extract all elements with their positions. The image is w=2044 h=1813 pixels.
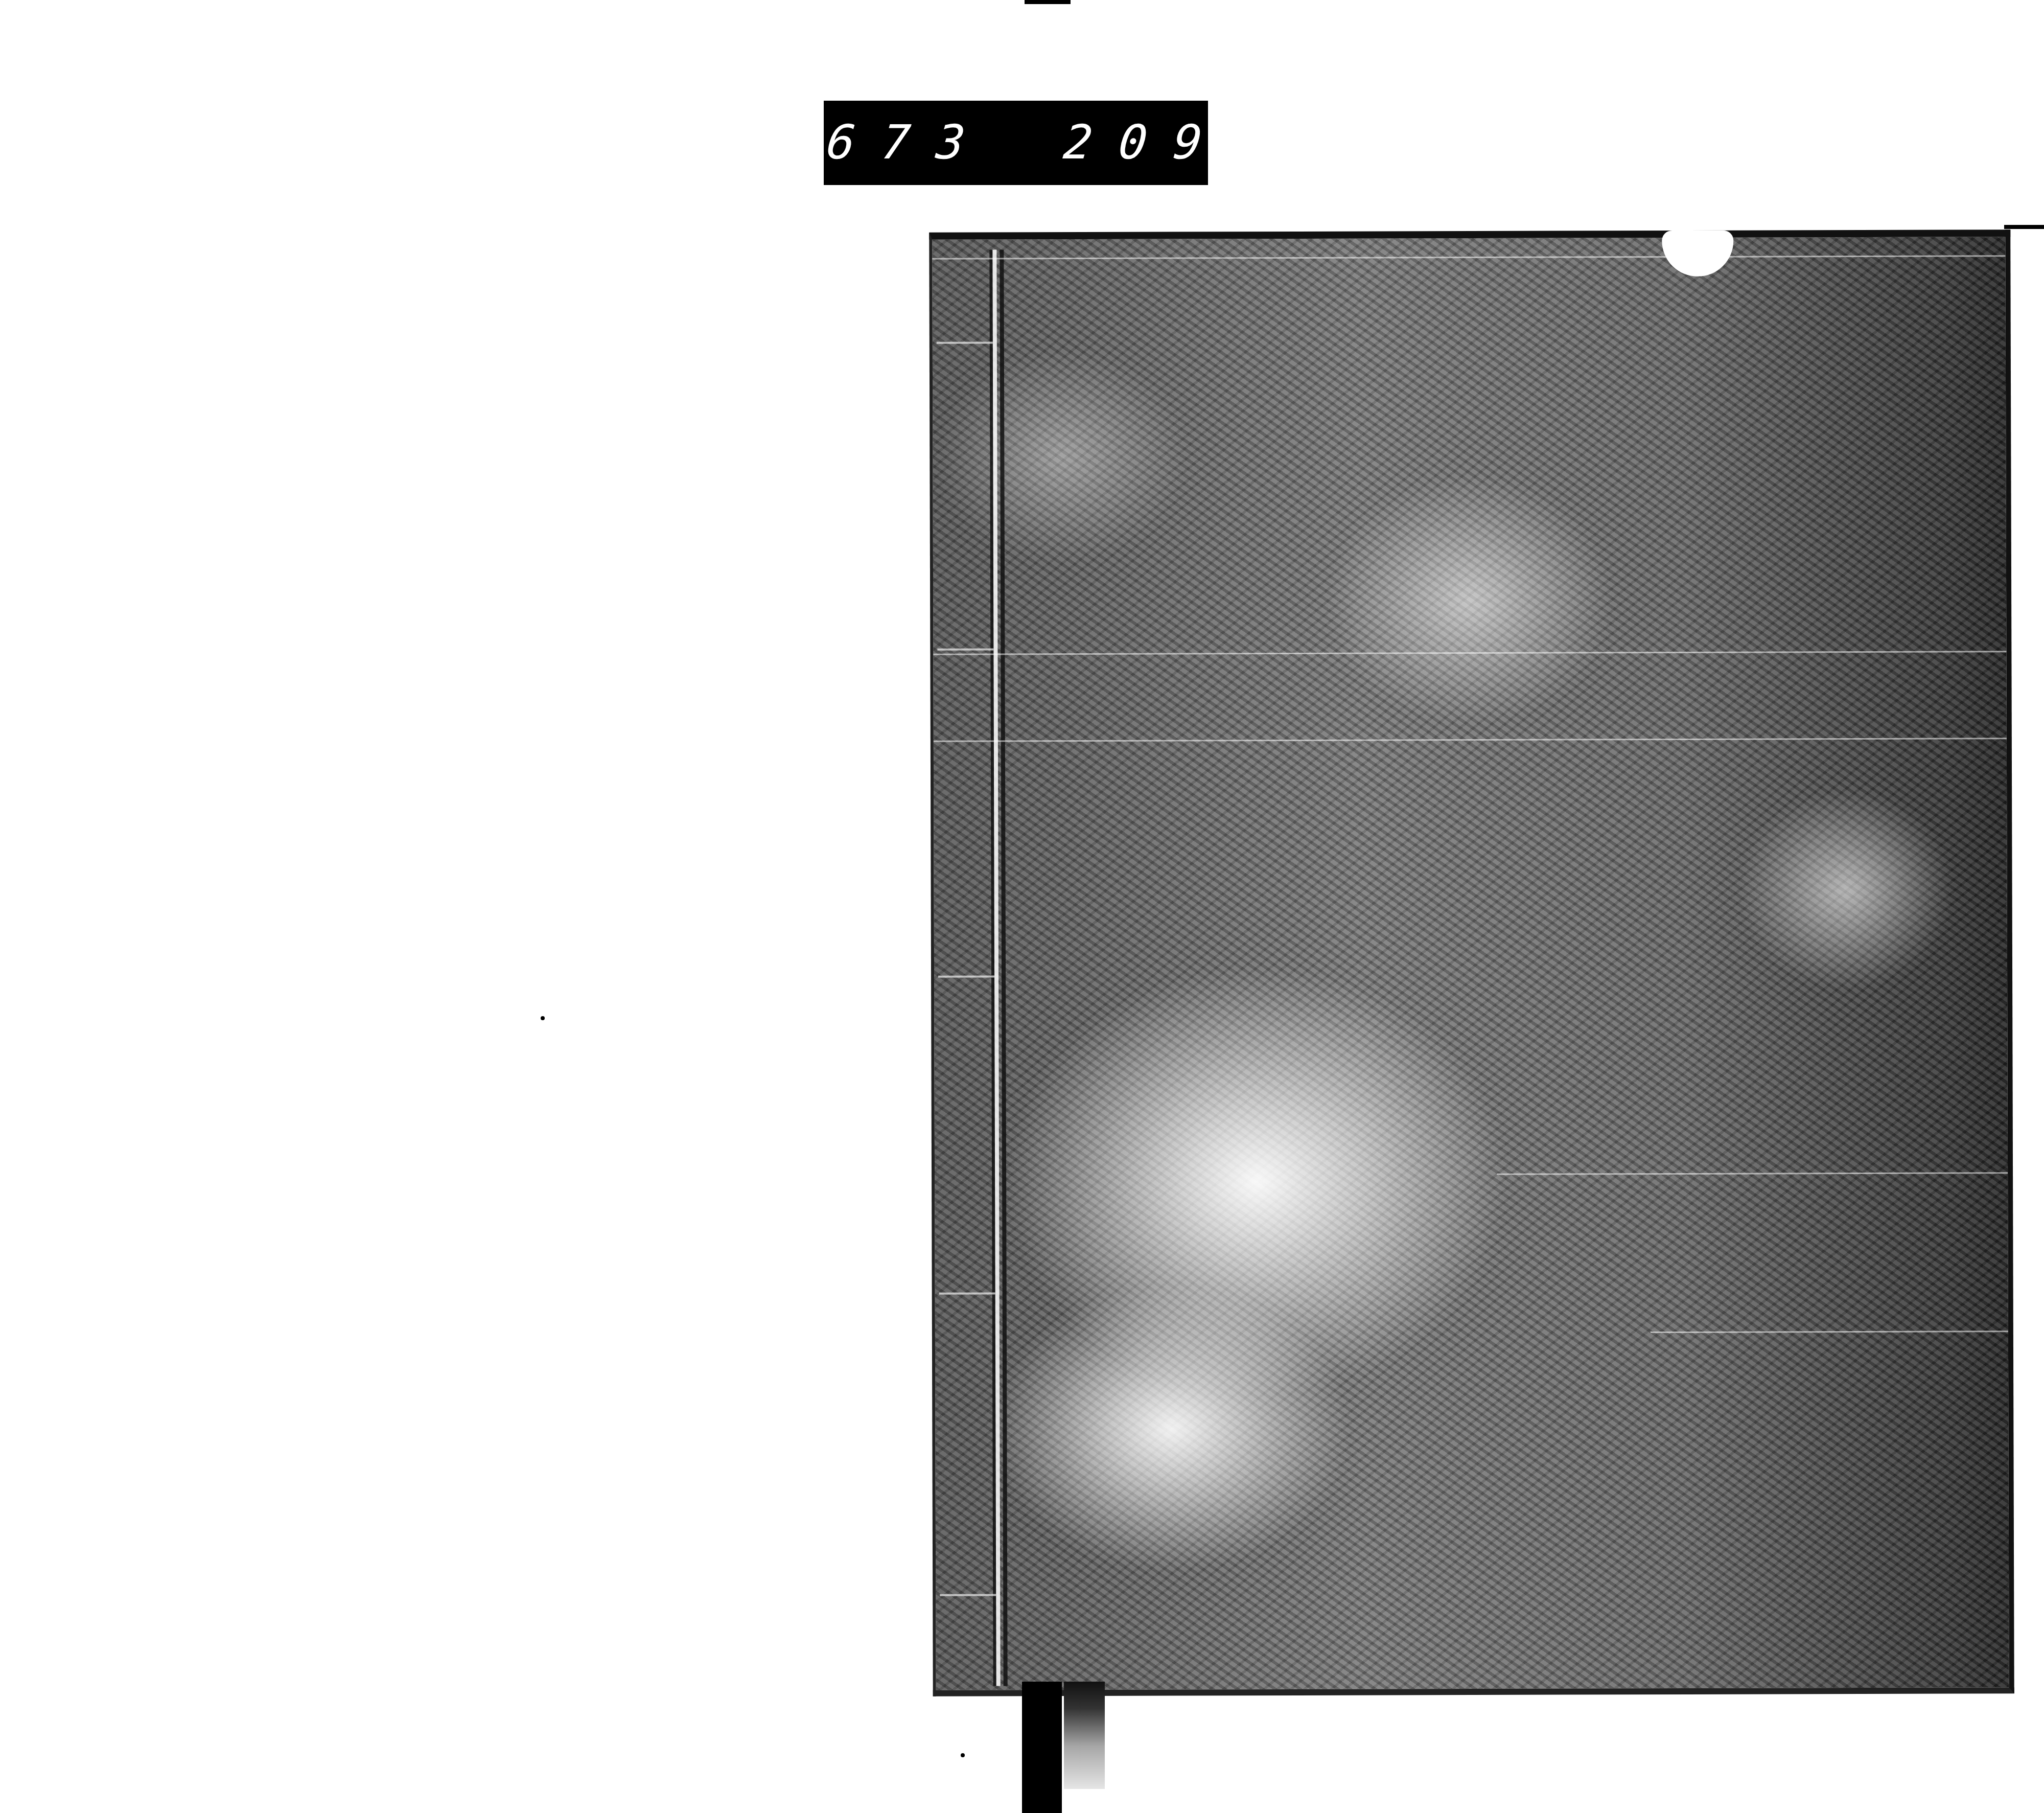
- binding-stitch: [939, 1292, 995, 1294]
- scan-line: [933, 651, 2006, 655]
- bookmark-ribbon-dark: [1022, 1682, 1062, 1813]
- cover-worn-patch: [1662, 231, 1733, 277]
- accession-label: 673 209.: [824, 101, 1208, 185]
- scan-speck: [961, 1753, 965, 1757]
- accession-label-text: 673 209.: [819, 101, 1212, 185]
- binding-stitch: [938, 975, 994, 977]
- accession-number-left: 673: [824, 115, 994, 170]
- bookmark-ribbon-light: [1064, 1682, 1105, 1789]
- binding-stitch: [937, 648, 993, 650]
- scan-line: [932, 255, 2005, 259]
- scan-line: [1497, 1172, 2008, 1175]
- ruler-edge: [2004, 225, 2044, 229]
- book-cover: [929, 230, 2014, 1696]
- top-edge-fragment: [1025, 0, 1071, 4]
- scan-line: [934, 738, 2007, 742]
- accession-number-right: 209.: [1061, 115, 1286, 170]
- scan-line: [1651, 1330, 2008, 1333]
- spine-binding-line: [992, 249, 1000, 1686]
- binding-stitch: [940, 1594, 996, 1596]
- scan-speck: [541, 1016, 545, 1020]
- binding-stitch: [937, 341, 993, 343]
